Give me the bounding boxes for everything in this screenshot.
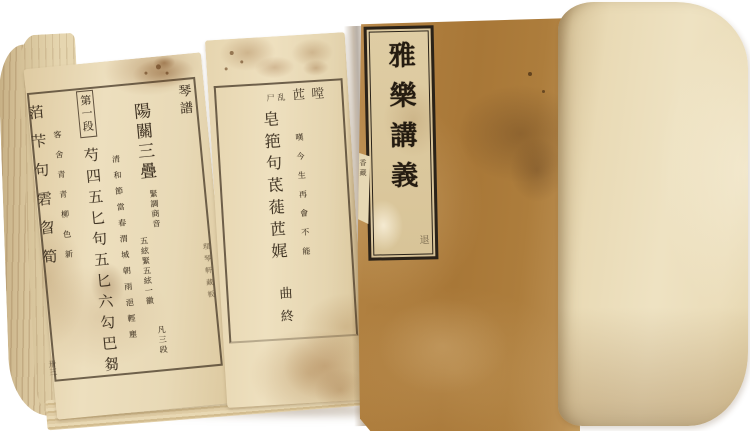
- side-label-text: 香藏: [359, 159, 366, 179]
- stain: [240, 60, 243, 63]
- front-cover: 雅樂講義 退 香藏: [352, 18, 580, 431]
- stain: [510, 138, 564, 202]
- page-number: 卅三: [48, 360, 57, 377]
- left-page-header: 琴譜: [176, 84, 192, 119]
- book-title: 雅樂講義: [385, 41, 415, 202]
- stain: [302, 59, 329, 77]
- piece-ending-mark: 曲終: [277, 286, 293, 333]
- notation-prefix: 尸乱: [266, 94, 288, 103]
- stain: [225, 67, 228, 70]
- old-book-photo: 琴譜 陽關三疊 緊調商音 五絃緊五絃一徽 凡三段 第一段 芍四五匕句五匕六勾巴芻…: [0, 0, 750, 431]
- right-page: 苉嘡 尸乱 皂筢句茋蓰苉娓 嘆今生再會不能 曲終: [205, 32, 367, 408]
- stain: [528, 72, 532, 76]
- stain: [230, 51, 234, 55]
- curled-page: [558, 2, 748, 426]
- notation-top-glyphs: 苉嘡: [292, 87, 331, 102]
- left-page: 琴譜 陽關三疊 緊調商音 五絃緊五絃一徽 凡三段 第一段 芍四五匕句五匕六勾巴芻…: [24, 52, 235, 419]
- cover-title-label: 雅樂講義 退: [364, 25, 439, 260]
- stain: [254, 55, 295, 79]
- label-small-mark: 退: [417, 234, 427, 244]
- sections-note: 凡三段: [157, 325, 168, 356]
- worn-patch: [378, 298, 508, 394]
- stain: [542, 90, 545, 93]
